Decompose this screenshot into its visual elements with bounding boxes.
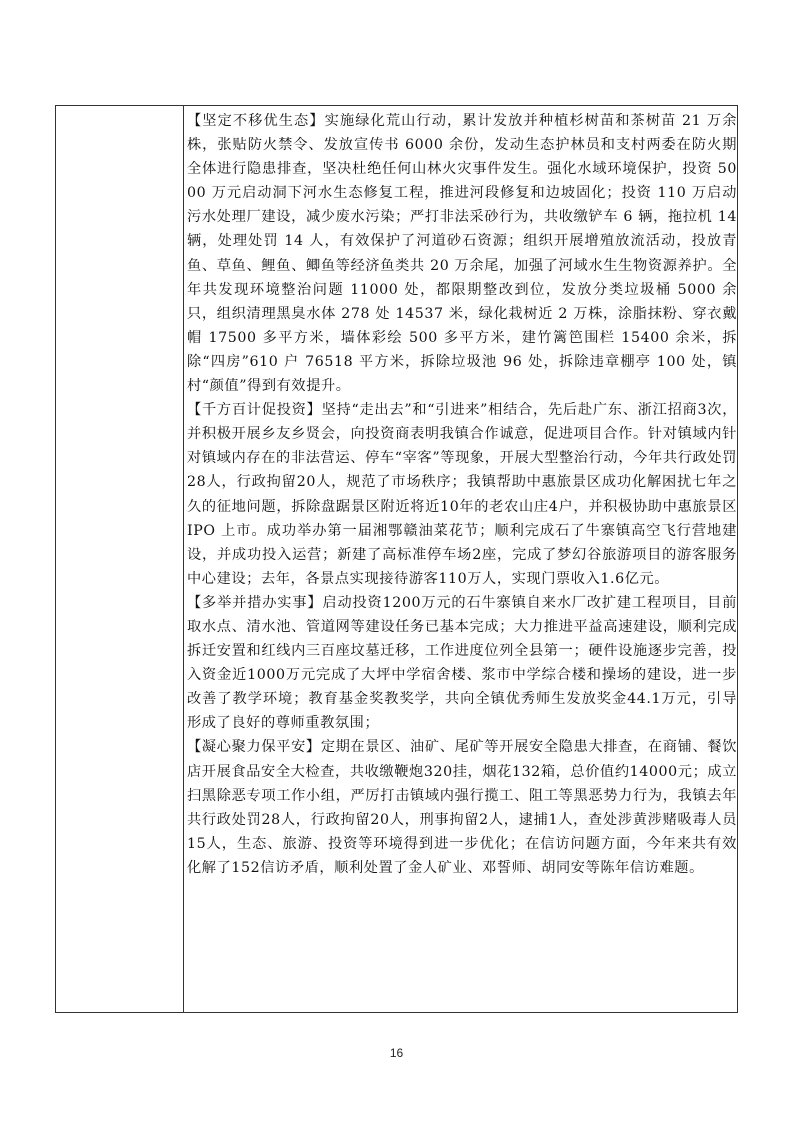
table-content-cell: 【坚定不移优生态】实施绿化荒山行动，累计发放并种植杉树苗和茶树苗 21 万余株，…	[184, 106, 737, 1012]
paragraph-text: 启动投资1200万元的石牛寨镇自来水厂改扩建工程项目，目前取水点、清水池、管道网…	[187, 595, 737, 731]
paragraph-text: 实施绿化荒山行动，累计发放并种植杉树苗和茶树苗 21 万余株，张贴防火禁令、发放…	[187, 113, 737, 394]
report-table: 【坚定不移优生态】实施绿化荒山行动，累计发放并种植杉树苗和茶树苗 21 万余株，…	[55, 105, 738, 1013]
paragraph-heading: 【凝心聚力保平安】	[187, 739, 321, 755]
paragraph-heading: 【千方百计促投资】	[187, 402, 322, 418]
paragraph-heading: 【坚定不移优生态】	[187, 113, 325, 129]
paragraph-ecology: 【坚定不移优生态】实施绿化荒山行动，累计发放并种植杉树苗和茶树苗 21 万余株，…	[187, 109, 737, 398]
paragraph-safety: 【凝心聚力保平安】定期在景区、油矿、尾矿等开展安全隐患大排查，在商铺、餐饮店开展…	[187, 735, 737, 880]
table-label-cell	[56, 106, 184, 1012]
page-number: 16	[0, 1046, 793, 1060]
paragraph-text: 定期在景区、油矿、尾矿等开展安全隐患大排查，在商铺、餐饮店开展食品安全大检查，共…	[187, 739, 737, 875]
paragraph-investment: 【千方百计促投资】坚持“走出去”和“引进来”相结合，先后赴广东、浙江招商3次，并…	[187, 398, 737, 591]
paragraph-text: 坚持“走出去”和“引进来”相结合，先后赴广东、浙江招商3次，并积极开展乡友乡贤会…	[187, 402, 737, 587]
paragraph-heading: 【多举并措办实事】	[187, 595, 322, 611]
paragraph-practical-affairs: 【多举并措办实事】启动投资1200万元的石牛寨镇自来水厂改扩建工程项目，目前取水…	[187, 591, 737, 736]
